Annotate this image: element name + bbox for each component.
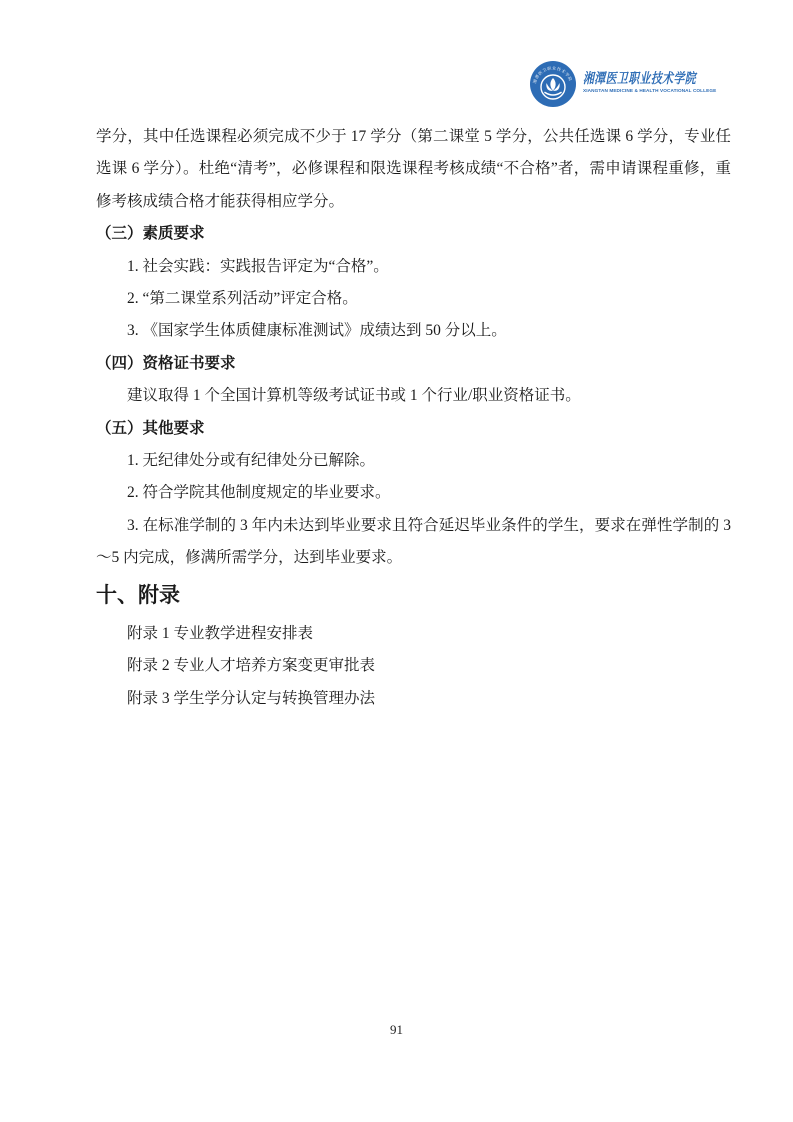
section-3-title: （三）素质要求 bbox=[96, 218, 731, 250]
document-page: 湘潭医卫职业技术学院 湘潭医卫职业技术学院 XIANGTAN MEDICINE … bbox=[0, 0, 793, 1122]
college-name-en: XIANGTAN MEDICINE & HEALTH VOCATIONAL CO… bbox=[583, 88, 716, 93]
appendix-item: 附录 2 专业人才培养方案变更审批表 bbox=[96, 650, 731, 682]
section-5-item: 2. 符合学院其他制度规定的毕业要求。 bbox=[96, 477, 731, 509]
section-4-item: 建议取得 1 个全国计算机等级考试证书或 1 个行业/职业资格证书。 bbox=[96, 380, 731, 412]
section-3-item: 3. 《国家学生体质健康标准测试》成绩达到 50 分以上。 bbox=[96, 315, 731, 347]
appendix-item: 附录 1 专业教学进程安排表 bbox=[96, 618, 731, 650]
chapter-heading-appendix: 十、附录 bbox=[96, 581, 731, 611]
section-5-item: 3. 在标准学制的 3 年内未达到毕业要求且符合延迟毕业条件的学生，要求在弹性学… bbox=[96, 510, 731, 575]
appendix-item: 附录 3 学生学分认定与转换管理办法 bbox=[96, 683, 731, 715]
section-3-item: 1. 社会实践：实践报告评定为“合格”。 bbox=[96, 251, 731, 283]
college-logo: 湘潭医卫职业技术学院 湘潭医卫职业技术学院 XIANGTAN MEDICINE … bbox=[529, 60, 793, 108]
section-4-title: （四）资格证书要求 bbox=[96, 348, 731, 380]
college-name-zh: 湘潭医卫职业技术学院 bbox=[583, 71, 783, 87]
document-body: 学分，其中任选课程必须完成不少于 17 学分（第二课堂 5 学分，公共任选课 6… bbox=[96, 121, 731, 715]
section-5-title: （五）其他要求 bbox=[96, 413, 731, 445]
page-number: 91 bbox=[0, 1022, 793, 1038]
section-3-item: 2. “第二课堂系列活动”评定合格。 bbox=[96, 283, 731, 315]
college-emblem-icon: 湘潭医卫职业技术学院 bbox=[529, 60, 577, 108]
section-5-item: 1. 无纪律处分或有纪律处分已解除。 bbox=[96, 445, 731, 477]
intro-paragraph: 学分，其中任选课程必须完成不少于 17 学分（第二课堂 5 学分，公共任选课 6… bbox=[96, 121, 731, 218]
college-name-block: 湘潭医卫职业技术学院 XIANGTAN MEDICINE & HEALTH VO… bbox=[583, 71, 793, 98]
